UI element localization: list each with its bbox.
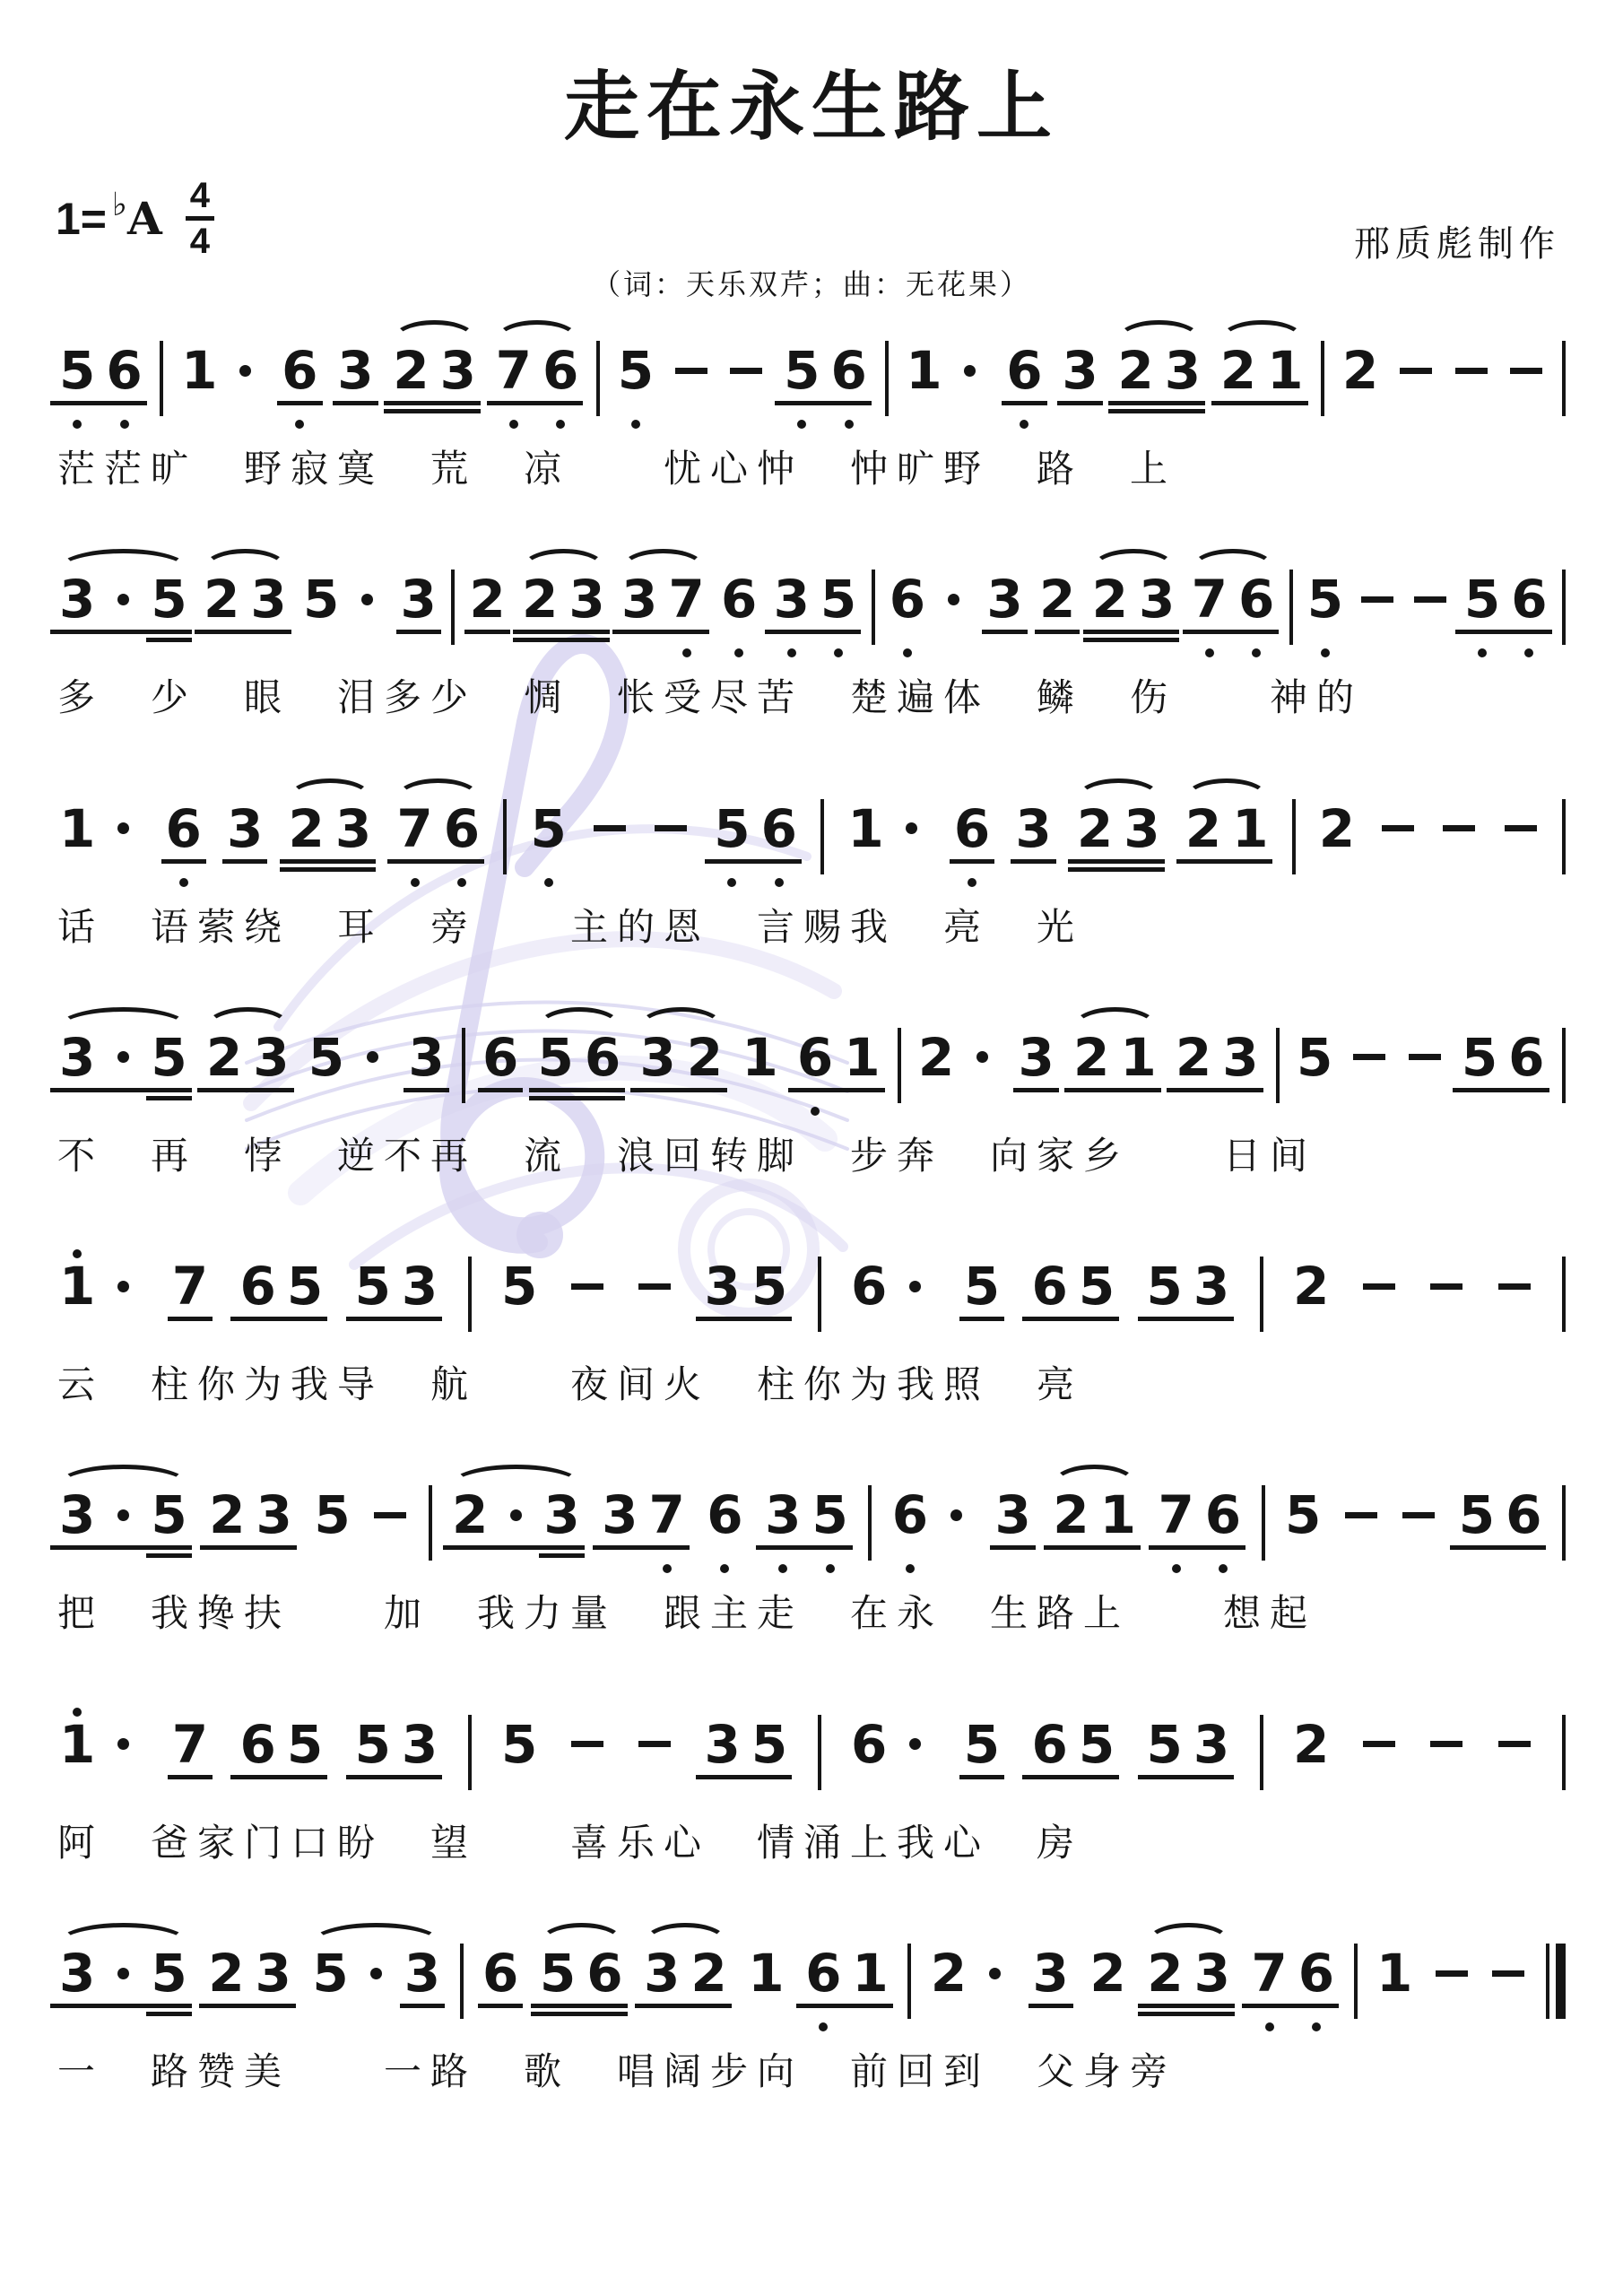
note-text: 6 [797,1030,833,1085]
note: 3 [440,328,476,431]
dot-mark [117,1738,129,1750]
barline [1562,341,1566,416]
note-text: 5 [784,343,820,398]
note-text [1492,1945,1524,2001]
note-group: 2 [1037,557,1077,660]
beam-underlines [1100,1543,1136,1561]
note-group: 35 [703,1702,790,1805]
note-text: 5 [355,1717,391,1772]
underline [439,859,484,864]
beam-underlines [1120,1085,1156,1104]
slurred-note-group: 21 [1072,1015,1159,1118]
note-text: 6 [166,801,202,857]
dot-mark [117,594,129,605]
barline [872,570,875,645]
note-group: 2 [1341,328,1380,431]
note: 2 [1342,328,1378,431]
underline [195,630,248,634]
note: 3 [774,557,810,660]
note-text: 2 [1220,343,1256,398]
augmentation-dot [106,1244,140,1347]
flat-sign-icon: ♭ [112,186,127,223]
note: 2 [1176,1015,1211,1118]
note: 3 [59,1473,95,1576]
augmentation-dot [953,328,987,431]
dash-bar [571,1283,603,1290]
note: 1 [906,328,942,431]
beam-underlines [106,1314,140,1333]
note: 5 [312,1931,348,2034]
underline [464,630,509,634]
lyrics-row: 茫茫旷 野寂寞 荒 凉 忧心忡 忡旷野 路 上 [57,448,1566,491]
octave-dot-below-mark [457,878,466,887]
underline [539,1553,584,1558]
dash-bar [638,1283,671,1290]
note-text: 3 [1165,343,1201,398]
note-text: 2 [1185,801,1221,857]
octave-dot-below-mark [682,648,691,657]
note-text [115,571,132,627]
note: 6 [586,1931,622,2034]
octave-dot-below [834,646,843,660]
barline [1292,799,1296,874]
octave-dot-below-mark [1219,1564,1228,1573]
note-text: 6 [1205,1487,1241,1543]
underline [1119,867,1164,872]
note: 3 [402,1244,438,1347]
beam-underlines [797,1085,833,1104]
octave-dot-below [734,646,743,660]
note: 2 [1293,1244,1329,1347]
beam-underlines [206,1085,242,1104]
barline [907,1944,911,2019]
note: 7 [1192,557,1228,660]
beam-underlines [1405,1085,1445,1104]
underline [146,1545,191,1550]
note-group: 56 [1462,557,1549,660]
slurred-note-group: 23 [391,328,478,431]
note-text [1498,1258,1531,1314]
underline [1506,630,1551,634]
note: 3 [1018,1015,1054,1118]
note-group: 5 [616,328,655,431]
beam-underlines [568,1772,607,1791]
beam-underlines [1508,1085,1544,1104]
underline [1134,630,1179,634]
underline [788,1088,842,1092]
note-group: 35 [763,1473,850,1576]
note-text: 2 [206,1030,242,1085]
underline [146,2004,191,2008]
underline [277,401,322,405]
beam-underlines [314,1543,350,1561]
beam-underlines [847,857,883,875]
dash-bar [1363,1283,1395,1290]
underline [490,1545,542,1550]
dash-bar [1443,825,1475,831]
underline [950,859,994,864]
note-text [1382,801,1414,857]
lyrics-row: 话 语萦绕 耳 旁 主的恩 言赐我 亮 光 [57,906,1566,949]
dash-bar [1430,1741,1462,1747]
beam-underlines [151,627,187,646]
augmentation-dot [350,557,384,660]
note-text: 5 [59,343,95,398]
note-text [1414,571,1446,627]
underline [1501,1545,1546,1550]
underline [757,859,802,864]
note-text: 7 [668,571,704,627]
beam-underlines [1079,1314,1115,1333]
note: 2 [1293,1702,1329,1805]
music-line-4: 35235365632161232123556 不 再 悖 逆不再 流 浪回转脚… [57,1015,1566,1178]
underline [384,401,438,405]
page-title: 走在永生路上 [0,47,1623,155]
note-group: 6 [890,1473,975,1576]
slurred-note-group: 35 [57,1473,189,1576]
beam-underlines [1033,2001,1069,2020]
note: 5 [1297,1015,1332,1118]
note: 3 [1062,328,1098,431]
note: 6 [1238,557,1274,660]
beam-underlines [852,2001,888,2020]
note-text [945,571,962,627]
note-text: 6 [707,1487,742,1543]
barline [160,341,163,416]
note: 3 [253,1015,289,1118]
beam-underlines [404,2001,440,2020]
octave-dot-below-mark [556,420,565,429]
underline [682,1088,727,1092]
music-line-7: 1765535356565532 阿 爸家门口盼 望 喜乐心 情涌上我心 房 [57,1702,1566,1865]
note-group: 2 [467,557,507,660]
note-group: 53 [1145,1244,1232,1347]
underline [531,2012,585,2016]
note-text [675,343,707,398]
barline [460,1944,464,2019]
note: 6 [239,1244,275,1347]
note-group: 76 [1156,1473,1243,1576]
note-text: 3 [765,1487,801,1543]
dot-mark [239,365,251,377]
underline [1138,1317,1192,1321]
note: 5 [287,1244,323,1347]
note-group: 1 [740,1015,779,1118]
note: 7 [172,1244,208,1347]
underline [1183,630,1237,634]
note: 5 [1307,557,1343,660]
note-group: 3 [1031,1931,1071,2034]
underline [436,409,481,413]
note-text: 5 [1079,1258,1115,1314]
underline [397,1317,442,1321]
underline [612,630,666,634]
note-group: 1 [57,1244,142,1347]
note-text [508,1487,525,1543]
beam-underlines [1092,627,1128,646]
note: 5 [530,787,566,890]
octave-dot-below-mark [179,878,188,887]
note-text: 6 [586,1945,622,2001]
note: 7 [1251,1931,1287,2034]
dash-bar [1492,1970,1524,1977]
dot-mark [117,1968,129,1979]
note-text: 6 [805,1945,841,2001]
beam-underlines [568,1314,607,1333]
augmentation-dot [965,1015,999,1118]
note-text: 5 [540,1945,576,2001]
note: 6 [797,1015,833,1118]
note-text: 3 [774,571,810,627]
underline [397,1775,442,1779]
underline [1167,1088,1220,1092]
octave-dot-below-mark [544,878,553,887]
beam-underlines [59,1314,95,1333]
notes-row: 1765535356565532 [57,1702,1566,1805]
dash-bar [571,1741,603,1747]
beam-underlines [1359,1772,1399,1791]
slurred-note-group: 35 [57,557,189,660]
credit: 邢质彪制作 [1354,215,1560,266]
beam-underlines [1193,1314,1229,1333]
underline [529,1096,583,1100]
note: 5 [303,557,339,660]
final-barline [1546,1944,1566,2019]
slurred-note-group: 23 [204,1015,291,1118]
beam-underlines [1439,857,1479,875]
octave-dot-below-mark [734,648,743,657]
note-text: 3 [404,1945,440,2001]
note-text: 3 [705,1258,741,1314]
beam-underlines [401,627,437,646]
note-text [638,1258,671,1314]
beam-underlines [602,1543,638,1561]
note: 3 [401,557,437,660]
barline [820,799,824,874]
dash [1495,1702,1534,1805]
note-group: 6 [705,1473,744,1576]
note: 5 [1147,1702,1183,1805]
underline [531,2004,585,2008]
slurred-note-group: 23 [1145,1931,1232,2034]
note-text: 3 [621,571,657,627]
beam-underlines [469,627,505,646]
note: 1 [1267,328,1303,431]
note: 6 [761,787,797,890]
note-text: 2 [289,801,325,857]
note-text [903,801,920,857]
beam-underlines [59,2001,95,2020]
note-text: 5 [964,1258,1000,1314]
slurred-note-group: 23 [1115,328,1202,431]
note: 5 [151,1473,187,1576]
note: 2 [931,1931,967,2034]
note-text: 5 [618,343,654,398]
beam-underlines [501,1772,537,1791]
octave-dot-below-mark [819,2022,828,2031]
underline [593,1545,647,1550]
note-text [948,1487,965,1543]
note-text: 6 [1511,571,1547,627]
octave-dot-below [1524,646,1533,660]
beam-underlines [805,2001,841,2020]
underline [1294,2004,1339,2008]
beam-underlines [256,2001,291,2020]
note-text [571,1258,603,1314]
note-text: 7 [649,1487,685,1543]
beam-underlines [1006,398,1042,417]
dash [1452,328,1491,431]
beam-underlines [1459,1543,1495,1561]
note-group: 3 [406,1015,446,1118]
underline [50,2004,104,2008]
underline [1450,1545,1504,1550]
note: 3 [335,787,371,890]
barline [1260,1715,1263,1790]
beam-underlines [1192,627,1228,646]
note-text [1505,801,1537,857]
octave-dot-below [811,1104,820,1118]
beam-underlines [1238,627,1274,646]
note-text [364,1030,381,1085]
note-text: 2 [687,1030,723,1085]
underline [200,1545,254,1550]
beam-underlines [1359,1314,1399,1333]
slurred-note-group: 76 [494,328,581,431]
beam-underlines [964,1772,1000,1791]
beam-underlines [1039,627,1075,646]
notes-row: 35235365632161232123556 [57,1015,1566,1118]
beam-underlines [452,1543,488,1561]
beam-underlines [538,1085,574,1104]
note-text: 5 [820,571,856,627]
note-text: 3 [1018,1030,1054,1085]
note-text: 6 [831,343,867,398]
beam-underlines [1319,857,1355,875]
note-text: 5 [287,1258,323,1314]
note-text: 5 [1297,1030,1332,1085]
octave-dot-below [720,1561,729,1576]
note-text: 5 [308,1030,344,1085]
dash [1359,1244,1399,1347]
note-group: 6 [164,787,204,890]
beam-underlines [106,627,140,646]
underline [1028,2004,1073,2008]
underline [539,1545,584,1550]
beam-underlines [851,1314,887,1333]
octave-dot-below [1219,1561,1228,1576]
beam-underlines [890,627,925,646]
music-line-2: 352353223376356322376556 多 少 眼 泪多少 惆 怅受尽… [57,557,1566,719]
music-line-1: 56163237655616323212 茫茫旷 野寂寞 荒 凉 忧心忡 忡旷野… [57,328,1566,491]
augmentation-dot [499,1473,533,1576]
underline [513,638,567,642]
note: 3 [250,557,286,660]
note: 6 [585,1015,621,1118]
note: 1 [59,1244,95,1347]
note-text: 1 [181,343,217,398]
underline [146,630,191,634]
note-text: 7 [1158,1487,1193,1543]
underline [146,638,191,642]
note-text: 3 [639,1030,675,1085]
dash [1358,557,1397,660]
barline-thick [1556,1944,1566,2019]
note: 1 [59,1702,95,1805]
note-text: 1 [59,801,95,857]
note-text: 3 [568,571,604,627]
note-group: 1 [904,328,988,431]
beam-underlines [639,1085,675,1104]
beam-underlines [1293,1772,1329,1791]
note: 5 [151,1931,187,2034]
underline [280,867,334,872]
underline [1228,859,1272,864]
note-text: 5 [303,571,339,627]
beam-underlines [1432,2001,1471,2020]
beam-underlines [635,1314,674,1333]
barline [1276,1028,1280,1103]
beam-underlines [1495,1314,1534,1333]
octave-dot-below-mark [1265,2022,1274,2031]
octave-dot-below-mark [1478,648,1487,657]
note: 3 [59,557,95,660]
underline [775,401,829,405]
dash [1405,1015,1445,1118]
dash [672,328,711,431]
underline [1201,1545,1245,1550]
note-text: 5 [151,571,187,627]
octave-dot-below [775,875,784,890]
beam-underlines [337,398,373,417]
beam-underlines [540,2001,576,2020]
underline [582,2004,627,2008]
underline [146,2012,191,2016]
note-text: 2 [931,1945,967,2001]
note-group: 6 [849,1244,933,1347]
underline [1108,401,1162,405]
beam-underlines [906,398,942,417]
beam-underlines [761,857,797,875]
slurred-note-group: 21 [1184,787,1271,890]
underline [404,1088,448,1092]
augmentation-dot [355,1015,389,1118]
note-text: 3 [402,1258,438,1314]
note-group: 35 [703,1244,790,1347]
underline [331,859,376,864]
note-text: 5 [751,1717,787,1772]
barline [1562,1028,1566,1103]
note: 3 [227,787,263,890]
note: 6 [239,1702,275,1805]
note: 7 [1158,1473,1193,1576]
note-group: 3 [1060,328,1099,431]
beam-underlines [250,627,286,646]
note: 5 [964,1702,1000,1805]
beam-underlines [151,1085,187,1104]
dash [1378,787,1418,890]
note-group: 1 [57,1702,142,1805]
underline [582,2012,627,2016]
underline [199,2004,253,2008]
dash [635,1702,674,1805]
note-text: 6 [1298,1945,1334,2001]
note-group: 61 [803,1931,890,2034]
note-group: 53 [353,1244,440,1347]
note-text [974,1030,991,1085]
underline [664,630,708,634]
beam-underlines [1222,1085,1258,1104]
